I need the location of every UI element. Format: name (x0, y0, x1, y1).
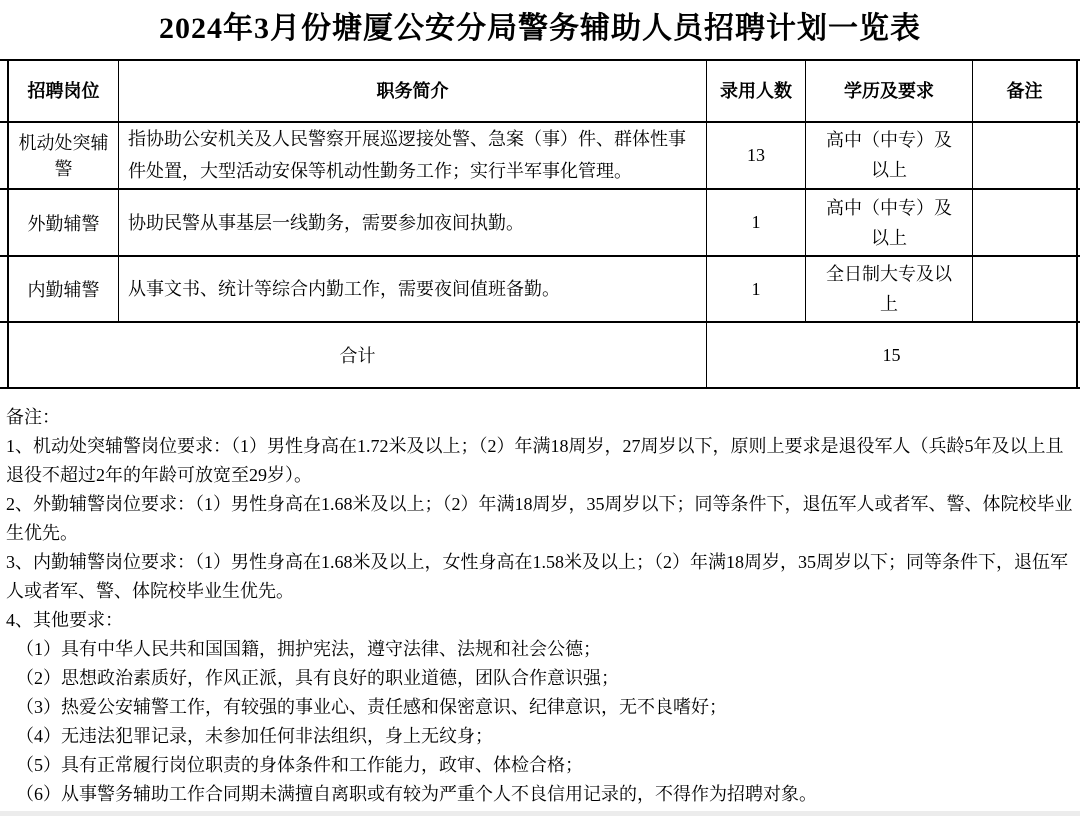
header-cell-position: 招聘岗位 (7, 59, 119, 121)
table-row: 外勤辅警 协助民警从事基层一线勤务，需要参加夜间执勤。 1 高中（中专）及以上 (7, 189, 1078, 256)
note-item: （3）热爱公安辅警工作，有较强的事业心、责任感和保密意识、纪律意识，无不良嗜好； (6, 693, 1076, 722)
remark-cell (973, 121, 1078, 189)
education-cell: 高中（中专）及以上 (806, 189, 973, 256)
note-item: （5）具有正常履行岗位职责的身体条件和工作能力，政审、体检合格； (6, 751, 1076, 780)
note-item: 2、外勤辅警岗位要求：（1）男性身高在1.68米及以上；（2）年满18周岁，35… (6, 490, 1076, 548)
window-bottom-edge (0, 811, 1080, 816)
header-cell-count: 录用人数 (707, 59, 806, 121)
description-cell: 协助民警从事基层一线勤务，需要参加夜间执勤。 (119, 189, 707, 256)
table-grid-line (0, 188, 1080, 190)
notes-heading: 备注： (6, 403, 1076, 432)
recruitment-notice-page: 2024年3月份塘厦公安分局警务辅助人员招聘计划一览表 招聘岗位 职务简介 录用… (0, 0, 1080, 816)
recruitment-table: 招聘岗位 职务简介 录用人数 学历及要求 备注 机动处突辅警 指协助公安机关及人… (7, 59, 1078, 388)
note-item: 1、机动处突辅警岗位要求：（1）男性身高在1.72米及以上；（2）年满18周岁，… (6, 432, 1076, 490)
remark-cell (973, 189, 1078, 256)
education-cell: 全日制大专及以上 (806, 256, 973, 322)
table-grid-line (0, 255, 1080, 257)
note-item: 4、其他要求： (6, 606, 1076, 635)
position-cell: 内勤辅警 (7, 256, 119, 322)
count-cell: 1 (707, 256, 806, 322)
header-cell-education: 学历及要求 (806, 59, 973, 121)
table-total-row: 合计 15 (7, 322, 1078, 388)
table-header-row: 招聘岗位 职务简介 录用人数 学历及要求 备注 (7, 59, 1078, 121)
note-item: （1）具有中华人民共和国国籍，拥护宪法，遵守法律、法规和社会公德； (6, 635, 1076, 664)
page-title: 2024年3月份塘厦公安分局警务辅助人员招聘计划一览表 (0, 6, 1080, 58)
notes-section: 备注： 1、机动处突辅警岗位要求：（1）男性身高在1.72米及以上；（2）年满1… (6, 403, 1076, 809)
note-item: （6）从事警务辅助工作合同期未满擅自离职或有较为严重个人不良信用记录的，不得作为… (6, 780, 1076, 809)
note-item: （4）无违法犯罪记录，未参加任何非法组织，身上无纹身； (6, 722, 1076, 751)
table-row: 机动处突辅警 指协助公安机关及人民警察开展巡逻接处警、急案（事）件、群体性事件处… (7, 121, 1078, 189)
note-item: 3、内勤辅警岗位要求：（1）男性身高在1.68米及以上，女性身高在1.58米及以… (6, 548, 1076, 606)
header-cell-duty: 职务简介 (119, 59, 707, 121)
table-grid-line (0, 387, 1080, 389)
total-label-cell: 合计 (7, 322, 707, 388)
count-cell: 13 (707, 121, 806, 189)
remark-cell (973, 256, 1078, 322)
table-grid-line (0, 59, 1080, 61)
description-cell: 指协助公安机关及人民警察开展巡逻接处警、急案（事）件、群体性事件处置，大型活动安… (119, 121, 707, 189)
table-grid-line (0, 121, 1080, 123)
position-cell: 外勤辅警 (7, 189, 119, 256)
table-grid-line (0, 321, 1080, 323)
education-cell: 高中（中专）及以上 (806, 121, 973, 189)
count-cell: 1 (707, 189, 806, 256)
total-count-cell: 15 (707, 322, 1078, 388)
header-cell-remark: 备注 (973, 59, 1078, 121)
description-cell: 从事文书、统计等综合内勤工作，需要夜间值班备勤。 (119, 256, 707, 322)
position-cell: 机动处突辅警 (7, 121, 119, 189)
table-row: 内勤辅警 从事文书、统计等综合内勤工作，需要夜间值班备勤。 1 全日制大专及以上 (7, 256, 1078, 322)
note-item: （2）思想政治素质好，作风正派，具有良好的职业道德，团队合作意识强； (6, 664, 1076, 693)
